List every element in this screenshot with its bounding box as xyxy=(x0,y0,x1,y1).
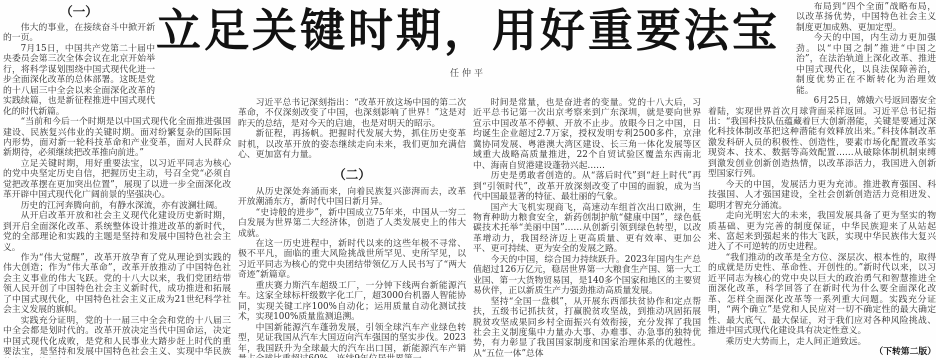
paragraph: 习近平总书记深刻指出：“改革开放这场中国的第二次革命，不仅深刻改变了中国，也深刻… xyxy=(238,98,466,129)
paragraph: “我们推动的改革是全方位、深层次、根本性的，取得的成就是历史性、革命性、开创性的… xyxy=(708,253,936,337)
paragraph: 今天的中国，发展活力更为充沛。推进教育强国、科技强国、人才强国建设，全社会创新创… xyxy=(708,180,936,211)
paragraph: 从历史深处奔涌而来，向着民族复兴澎湃而去，改革开放潮涌东方，新时代中国日新月异。 xyxy=(238,187,466,208)
column-2: 习近平总书记深刻指出：“改革开放这场中国的第二次革命，不仅深刻改变了中国，也深刻… xyxy=(238,2,466,358)
paragraph: “史诗般的进步”，新中国成立75年来，中国从一穷二白发展为世界第二大经济体，创造… xyxy=(238,208,466,239)
paragraph: 历史是勇敢者创造的。从“落后时代”到“赶上时代”再到“引领时代”，改革开放深刻改… xyxy=(473,171,701,202)
paragraph: 重庆赛力斯汽车超级工厂，一分钟下线两台新能源汽车。这家全球标杆级数字化工厂，超3… xyxy=(238,281,466,323)
headline-overlap-spacer xyxy=(708,2,796,98)
closing-line: 乘历史大势而上，走人间正道致远。 （下转第二版） xyxy=(708,337,936,347)
paragraph: 实践充分证明，党的十一届三中全会和党的十八届三中全会都是划时代的。改革开放决定当… xyxy=(3,316,231,358)
paragraph: 国产大飞机实现商飞，高速动车组首次出口欧洲，生物育种助力粮食安全，新药创制护航“… xyxy=(473,203,701,255)
newspaper-page: 立足关键时期，用好重要法宝 任仲平 （一） 伟大的事业，在接续奋斗中掀开新的一页… xyxy=(0,0,936,360)
paragraph: 历史的江河奔腾向前，有静水深流，亦有波澜壮阔。 xyxy=(3,201,231,211)
paragraph: “当前和今后一个时期是以中国式现代化全面推进强国建设、民族复兴伟业的关键时期。面… xyxy=(3,117,231,159)
column-4: 布局到“四个全面”战略布局，以改革扬优势，中国特色社会主义制度更加成熟、更加定型… xyxy=(708,2,936,358)
closing-sentence: 乘历史大势而上，走人间正道致远。 xyxy=(726,337,867,347)
paragraph: 走向光明宏大的未来，我国发展具备了更为坚实的物质基础、更为完善的制度保证，中华民… xyxy=(708,211,936,253)
paragraph: 6月25日，嫦娥六号返回器安全着陆，实现世界首次月球背面采样返回。习近平总书记指… xyxy=(708,96,936,180)
section-mark-two: （二） xyxy=(238,167,466,182)
paragraph: 中国新能源汽车蓬勃发展，引领全球汽车产业绿色转型，见证我国从汽车大国迈向汽车强国… xyxy=(238,323,466,358)
paragraph: 新征程，再扬帆。把握时代发展大势，抓住历史变革时机，以改革开放的姿态继续走向未来… xyxy=(238,129,466,160)
headline-overlap-spacer xyxy=(155,2,231,98)
column-3: 时间是常量，也是奋进者的变量。党的十八大后，习近平总书记第一次出京考察来到广东深… xyxy=(473,2,701,358)
jump-to-page-note: （下转第二版） xyxy=(857,347,936,357)
paragraph: 时间是常量，也是奋进者的变量。党的十八大后，习近平总书记第一次出京考察来到广东深… xyxy=(473,98,701,171)
column-1: （一） 伟大的事业，在接续奋斗中掀开新的一页。 7月15日，中国共产党第二十届中… xyxy=(3,2,231,358)
paragraph: 立足关键时期，用好重要法宝，以习近平同志为核心的党中央坚定历史自信，把握历史主动… xyxy=(3,159,231,201)
paragraph: 在这一历史进程中，新时代以来的这些年极不寻常、极不平凡，面临的重大风险挑战世所罕… xyxy=(238,239,466,281)
paragraph: 坚持“全国一盘棋”，从开展东西部扶贫协作和定点帮扶，五级书记抓扶贫，打赢脱贫攻坚… xyxy=(473,297,701,358)
paragraph: 从开启改革开放和社会主义现代化建设历史新时期，到开启全面深化改革、系统整体设计推… xyxy=(3,211,231,253)
article-columns: （一） 伟大的事业，在接续奋斗中掀开新的一页。 7月15日，中国共产党第二十届中… xyxy=(3,2,933,358)
paragraph: 今天的中国，综合国力持续跃升。2023年国内生产总值超过126万亿元，稳居世界第… xyxy=(473,255,701,297)
paragraph: 作为“伟大觉醒”，改革开放孕育了党从理论到实践的伟大创造；作为“伟大革命”，改革… xyxy=(3,253,231,316)
